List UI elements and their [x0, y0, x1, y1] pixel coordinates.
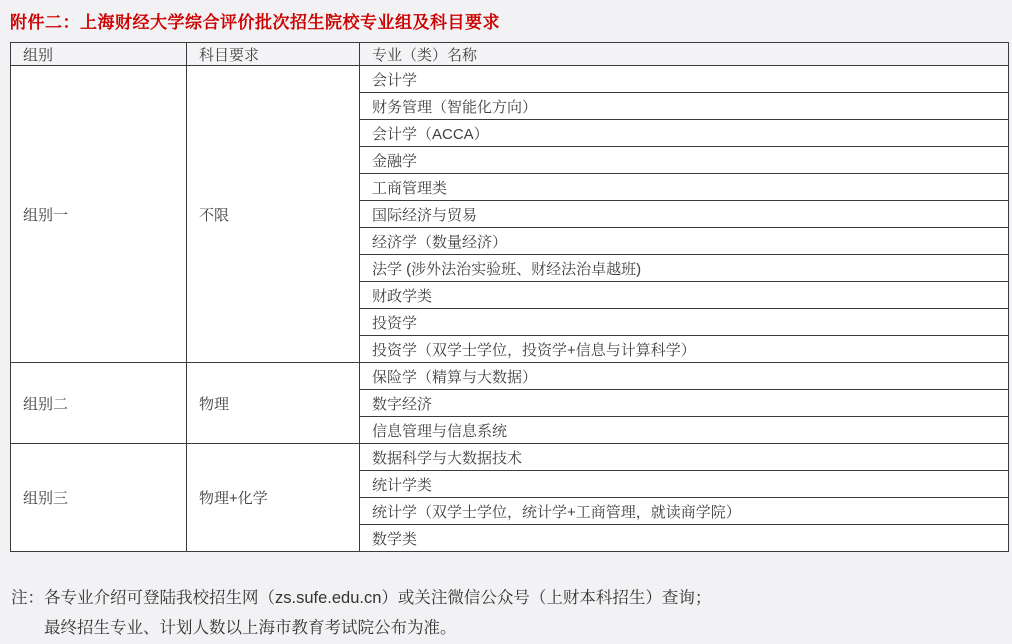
subjects-cell: 物理+化学: [187, 444, 360, 552]
group-cell: 组别三: [11, 444, 187, 552]
subjects-cell: 物理: [187, 363, 360, 444]
col-header-group: 组别: [11, 43, 187, 66]
subjects-cell: 不限: [187, 66, 360, 363]
col-header-subjects: 科目要求: [187, 43, 360, 66]
table-row: 组别一不限会计学: [11, 66, 1009, 93]
footnote-line-2: 最终招生专业、计划人数以上海市教育考试院公布为准。: [44, 613, 1002, 643]
major-cell: 工商管理类: [360, 174, 1009, 201]
major-cell: 投资学: [360, 309, 1009, 336]
group-cell: 组别一: [11, 66, 187, 363]
major-cell: 数据科学与大数据技术: [360, 444, 1009, 471]
table-row: 组别二物理保险学（精算与大数据）: [11, 363, 1009, 390]
footnote: 注： 各专业介绍可登陆我校招生网（zs.sufe.edu.cn）或关注微信公众号…: [10, 583, 1002, 643]
major-cell: 财政学类: [360, 282, 1009, 309]
major-cell: 投资学（双学士学位，投资学+信息与计算科学）: [360, 336, 1009, 363]
major-cell: 国际经济与贸易: [360, 201, 1009, 228]
major-cell: 信息管理与信息系统: [360, 417, 1009, 444]
major-cell: 统计学类: [360, 471, 1009, 498]
table-row: 组别三物理+化学数据科学与大数据技术: [11, 444, 1009, 471]
major-cell: 会计学（ACCA）: [360, 120, 1009, 147]
major-cell: 财务管理（智能化方向）: [360, 93, 1009, 120]
major-cell: 数学类: [360, 525, 1009, 552]
major-cell: 金融学: [360, 147, 1009, 174]
major-cell: 保险学（精算与大数据）: [360, 363, 1009, 390]
major-cell: 法学 (涉外法治实验班、财经法治卓越班): [360, 255, 1009, 282]
footnote-line-1: 各专业介绍可登陆我校招生网（zs.sufe.edu.cn）或关注微信公众号（上财…: [44, 583, 1002, 613]
footnote-lines: 各专业介绍可登陆我校招生网（zs.sufe.edu.cn）或关注微信公众号（上财…: [44, 583, 1002, 643]
admission-table: 组别 科目要求 专业（类）名称 组别一不限会计学财务管理（智能化方向）会计学（A…: [10, 42, 1009, 552]
col-header-major: 专业（类）名称: [360, 43, 1009, 66]
major-cell: 经济学（数量经济）: [360, 228, 1009, 255]
footnote-prefix: 注：: [11, 583, 44, 643]
page: 附件二：上海财经大学综合评价批次招生院校专业组及科目要求 组别 科目要求 专业（…: [0, 0, 1012, 643]
major-cell: 会计学: [360, 66, 1009, 93]
major-cell: 数字经济: [360, 390, 1009, 417]
major-cell: 统计学（双学士学位，统计学+工商管理，就读商学院）: [360, 498, 1009, 525]
page-title: 附件二：上海财经大学综合评价批次招生院校专业组及科目要求: [10, 13, 1002, 33]
table-header-row: 组别 科目要求 专业（类）名称: [11, 43, 1009, 66]
group-cell: 组别二: [11, 363, 187, 444]
